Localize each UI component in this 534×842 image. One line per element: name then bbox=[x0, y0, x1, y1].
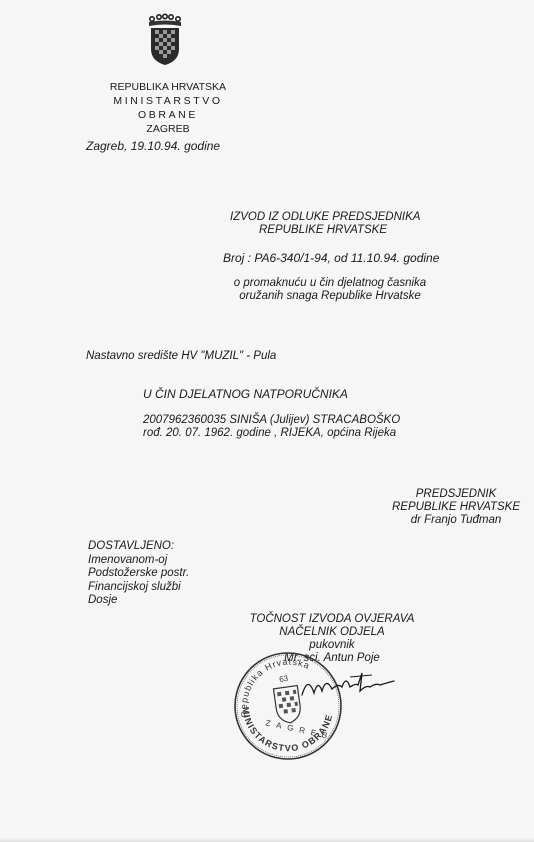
delivery-item: Financijskoj službi bbox=[88, 581, 189, 595]
certification-line1: TOČNOST IZVODA OVJERAVA bbox=[244, 613, 420, 626]
certification-line2: NAČELNIK ODJELA bbox=[244, 626, 420, 639]
stamp-number: 63 bbox=[279, 674, 290, 684]
military-unit: Nastavno središte HV "MUZIL" - Pula bbox=[86, 350, 276, 363]
subject-line2: oružanih snaga Republike Hrvatske bbox=[230, 290, 430, 303]
president-signature-block: PREDSJEDNIK REPUBLIKE HRVATSKE dr Franjo… bbox=[386, 488, 526, 527]
decision-subject: o promaknuću u čin djelatnog časnika oru… bbox=[230, 277, 430, 303]
handwritten-signature bbox=[300, 665, 400, 705]
letterhead-republic: REPUBLIKA HRVATSKA bbox=[82, 80, 254, 94]
person-id-name: 2007962360035 SINIŠA (Julijev) STRACABOŠ… bbox=[143, 414, 400, 427]
delivery-item: Imenovanom-oj bbox=[88, 554, 189, 568]
promoted-person: 2007962360035 SINIŠA (Julijev) STRACABOŠ… bbox=[143, 414, 400, 440]
promotion-rank: U ČIN DJELATNOG NATPORUČNIKA bbox=[143, 388, 348, 401]
letterhead-ministry: MINISTARSTVO OBRANE bbox=[82, 94, 254, 122]
delivery-list: DOSTAVLJENO: Imenovanom-oj Podstožerske … bbox=[88, 540, 189, 608]
letterhead: REPUBLIKA HRVATSKA MINISTARSTVO OBRANE Z… bbox=[82, 80, 254, 136]
delivery-item: Podstožerske postr. bbox=[88, 567, 189, 581]
decision-number: Broj : PA6-340/1-94, od 11.10.94. godine bbox=[223, 252, 439, 265]
letterhead-city: ZAGREB bbox=[82, 122, 254, 136]
delivery-heading: DOSTAVLJENO: bbox=[88, 540, 189, 554]
croatian-coat-of-arms-icon bbox=[147, 13, 183, 67]
decision-title-line2: REPUBLIKE HRVATSKE bbox=[230, 224, 416, 237]
decision-title-line1: IZVOD IZ ODLUKE PREDSJEDNIKA bbox=[230, 211, 416, 224]
person-birth: rođ. 20. 07. 1962. godine , RIJEKA, opći… bbox=[143, 427, 400, 440]
place-date: Zagreb, 19.10.94. godine bbox=[86, 140, 220, 153]
president-name: dr Franjo Tuđman bbox=[386, 514, 526, 527]
scan-edge bbox=[0, 838, 534, 842]
decision-title: IZVOD IZ ODLUKE PREDSJEDNIKA REPUBLIKE H… bbox=[230, 211, 416, 237]
president-title: PREDSJEDNIK bbox=[386, 488, 526, 501]
subject-line1: o promaknuću u čin djelatnog časnika bbox=[230, 277, 430, 290]
delivery-item: Dosje bbox=[88, 594, 189, 608]
president-country: REPUBLIKE HRVATSKE bbox=[386, 501, 526, 514]
